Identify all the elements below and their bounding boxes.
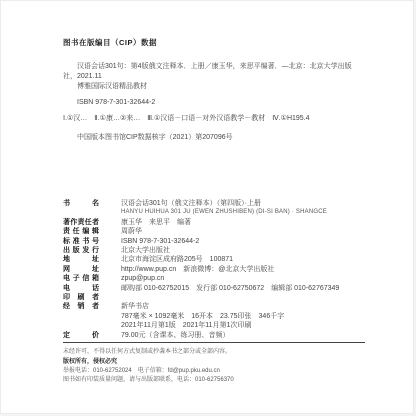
colophon-value-text: 2021年11月第1版 2021年11月第1次印刷	[121, 321, 251, 330]
colophon-value-text: 汉语会话301句（俄文注释本）（第四版）·上册	[121, 199, 327, 208]
book-copyright-page: 图书在版编目（CIP）数据 汉语会话301句：第4版俄文注释本．上册／康玉华，来…	[0, 0, 414, 414]
colophon-row-value: 新华书店	[121, 302, 149, 311]
colophon-value-text: http://www.pup.cn 新浪微博：@北京大学出版社	[121, 265, 274, 274]
colophon-row-label: 电子信箱	[63, 274, 99, 283]
colophon-value-text: 79.00元（含课本、练习册、音频）	[121, 331, 230, 340]
colophon-value-text: ISBN 978-7-301-32644-2	[121, 237, 199, 246]
cip-record: 汉语会话301句：第4版俄文注释本．上册／康玉华，来思平编著．—北京：北京大学出…	[63, 62, 365, 124]
colophon-row: 地址北京市海淀区成府路205号 100871	[63, 255, 365, 264]
colophon-row-label: 网址	[63, 265, 99, 274]
colophon-row-label: 标准书号	[63, 237, 99, 246]
colophon-table: 书名汉语会话301句（俄文注释本）（第四版）·上册HANYU HUIHUA 30…	[63, 199, 365, 340]
colophon-row: 电子信箱zpup@pup.cn	[63, 274, 365, 283]
colophon-value-text: 康玉华 来思平 编著	[121, 218, 191, 227]
colophon-row-value: 787毫米 × 1092毫米 16开本 23.75印张 346千字	[121, 312, 284, 321]
colophon-value-pinyin: HANYU HUIHUA 301 JU (EWEN ZHUSHIBEN) (DI…	[121, 208, 327, 217]
colophon-row: 书名汉语会话301句（俄文注释本）（第四版）·上册HANYU HUIHUA 30…	[63, 199, 365, 218]
quality-contact: 图书如有印装质量问题，请与出版部联系，电话：010-62756370	[63, 376, 365, 385]
colophon-row-value: 汉语会话301句（俄文注释本）（第四版）·上册HANYU HUIHUA 301 …	[121, 199, 327, 218]
copy-notice: 未经许可，不得以任何方式复制或抄袭本书之部分或全部内容。	[63, 348, 365, 357]
colophon-row-value: 周蔚华	[121, 227, 142, 236]
colophon-row-value: zpup@pup.cn	[121, 274, 164, 283]
colophon-row-value: 邮购部 010-62752015 发行部 010-62750672 编辑部 01…	[121, 284, 339, 293]
colophon-row-value: 2021年11月第1版 2021年11月第1次印刷	[121, 321, 251, 330]
colophon-row: 经销者新华书店	[63, 302, 365, 311]
colophon-value-text: 北京大学出版社	[121, 246, 170, 255]
colophon-value-text: 北京市海淀区成府路205号 100871	[121, 255, 233, 264]
colophon-row-label	[63, 312, 99, 321]
colophon-row-value: 康玉华 来思平 编著	[121, 218, 191, 227]
colophon-row-label: 责任编辑	[63, 227, 99, 236]
colophon-row: 网址http://www.pup.cn 新浪微博：@北京大学出版社	[63, 265, 365, 274]
cip-block: 图书在版编目（CIP）数据 汉语会话301句：第4版俄文注释本．上册／康玉华，来…	[63, 37, 365, 142]
colophon-row-label: 电话	[63, 284, 99, 293]
colophon-row-value: 北京大学出版社	[121, 246, 170, 255]
cip-record-line: ISBN 978-7-301-32644-2	[63, 98, 365, 108]
colophon-row: 著作责任者康玉华 来思平 编著	[63, 218, 365, 227]
colophon-row-value: 北京市海淀区成府路205号 100871	[121, 255, 233, 264]
colophon-row-label: 著作责任者	[63, 218, 99, 227]
colophon-row: 2021年11月第1版 2021年11月第1次印刷	[63, 321, 365, 330]
colophon-row-label: 定价	[63, 331, 99, 340]
colophon-row: 责任编辑周蔚华	[63, 227, 365, 236]
colophon-row-value: http://www.pup.cn 新浪微博：@北京大学出版社	[121, 265, 274, 274]
cip-record-line: Ⅰ.①汉… Ⅱ.①康…②来… Ⅲ.①汉语－口语－对外汉语教学－教材 Ⅳ.①H19…	[63, 114, 365, 124]
report-contact: 举报电话：010-62752024 电子信箱：fd@pup.pku.edu.cn	[63, 367, 365, 376]
colophon-value-text: 邮购部 010-62752015 发行部 010-62750672 编辑部 01…	[121, 284, 339, 293]
colophon-row: 787毫米 × 1092毫米 16开本 23.75印张 346千字	[63, 312, 365, 321]
colophon-row-label: 出版发行	[63, 246, 99, 255]
colophon-value-text: 周蔚华	[121, 227, 142, 236]
rights-statement: 版权所有，侵权必究	[63, 358, 365, 367]
colophon-row: 出版发行北京大学出版社	[63, 246, 365, 255]
colophon-value-text: 新华书店	[121, 302, 149, 311]
divider-line	[63, 342, 365, 343]
footer-block: 未经许可，不得以任何方式复制或抄袭本书之部分或全部内容。 版权所有，侵权必究 举…	[63, 348, 365, 384]
colophon-row: 定价79.00元（含课本、练习册、音频）	[63, 331, 365, 340]
colophon-value-text: zpup@pup.cn	[121, 274, 164, 283]
colophon-row: 电话邮购部 010-62752015 发行部 010-62750672 编辑部 …	[63, 284, 365, 293]
cip-certificate-number: 中国版本图书馆CIP数据核字（2021）第207096号	[63, 132, 365, 142]
colophon-row: 标准书号ISBN 978-7-301-32644-2	[63, 237, 365, 246]
colophon-row-label	[63, 321, 99, 330]
colophon-row-label: 地址	[63, 255, 99, 264]
cip-record-line: 汉语会话301句：第4版俄文注释本．上册／康玉华，来思平编著．—北京：北京大学出…	[63, 62, 365, 82]
colophon-row-label: 印刷者	[63, 293, 99, 302]
colophon-row-label: 经销者	[63, 302, 99, 311]
colophon-row-label: 书名	[63, 199, 99, 218]
cip-record-line: 博雅国际汉语精品教材	[63, 82, 365, 92]
colophon-row-value: ISBN 978-7-301-32644-2	[121, 237, 199, 246]
colophon-row: 印刷者	[63, 293, 365, 302]
cip-heading: 图书在版编目（CIP）数据	[63, 37, 365, 48]
colophon-row-value: 79.00元（含课本、练习册、音频）	[121, 331, 230, 340]
colophon-value-text: 787毫米 × 1092毫米 16开本 23.75印张 346千字	[121, 312, 284, 321]
